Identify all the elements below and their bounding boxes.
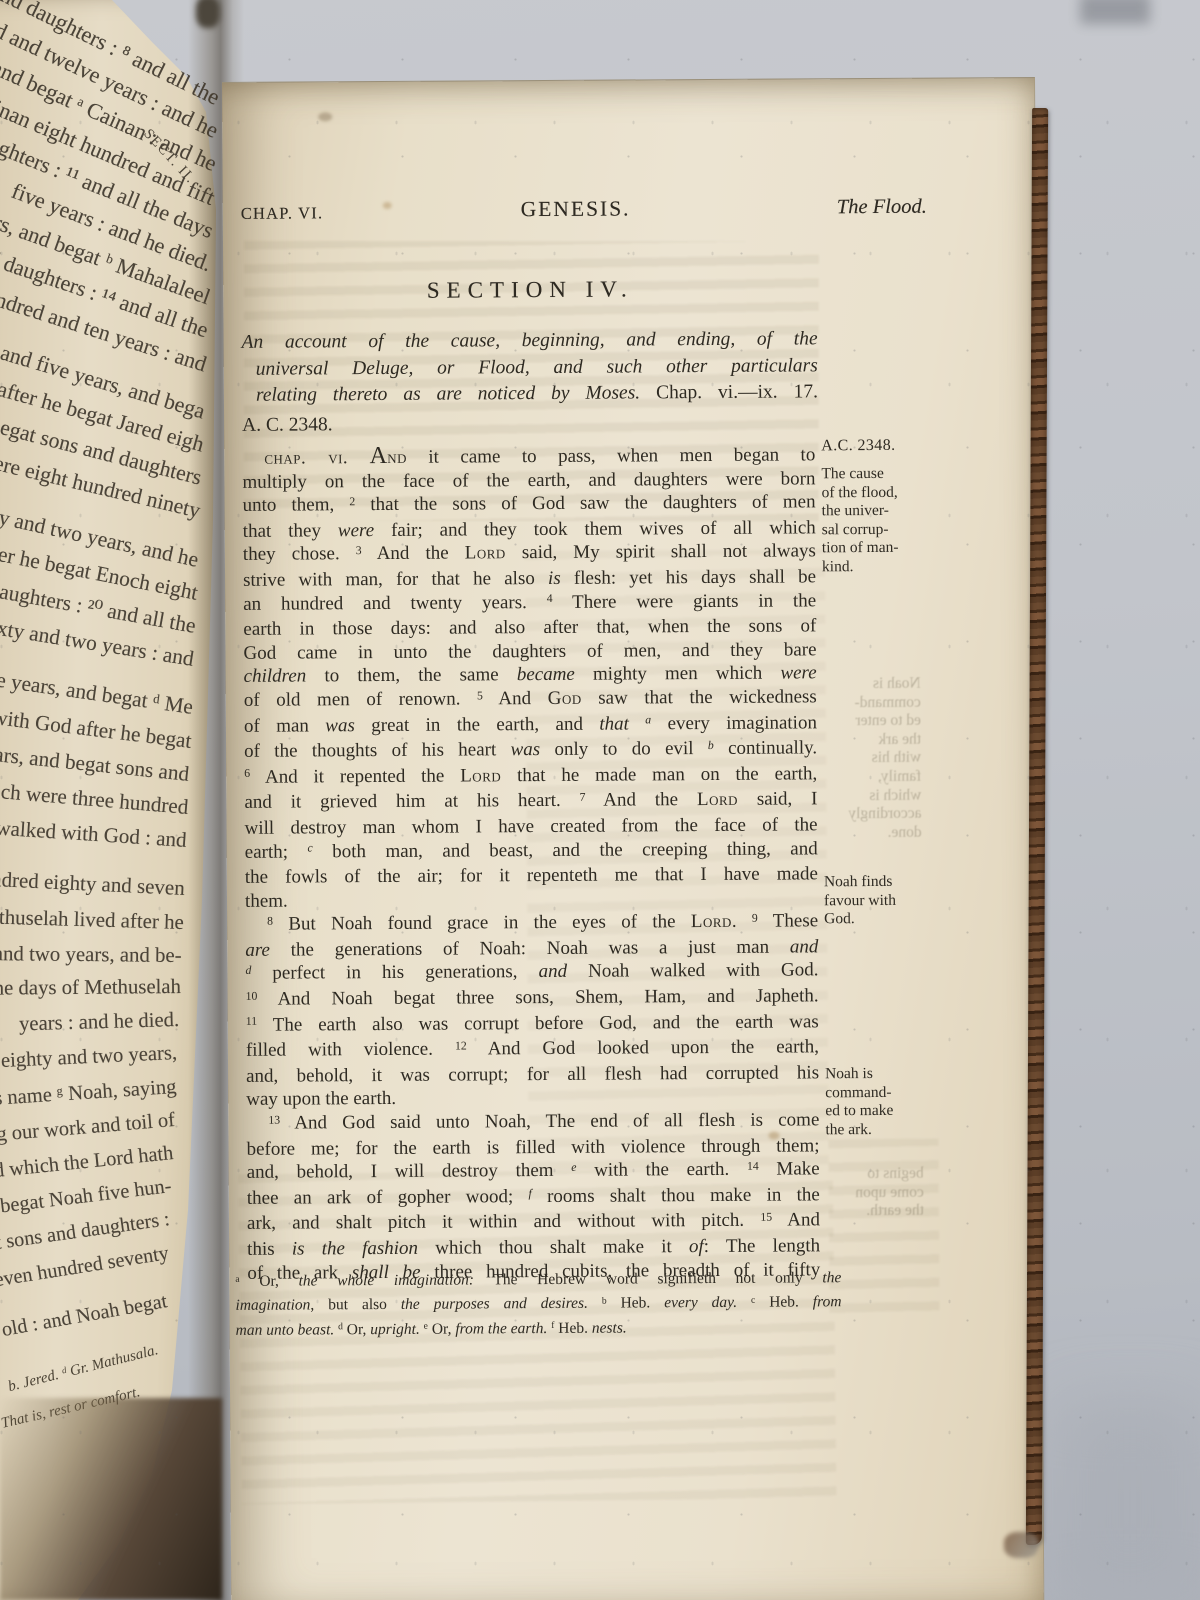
text-line: this is the fashion which thou shalt mak… [247, 1234, 820, 1261]
text-segment: nd [387, 447, 407, 468]
margin-note-line: Noah is [823, 675, 921, 694]
text-line: strive with man, for that he also is fle… [243, 565, 816, 592]
text-segment: 13 [268, 1113, 280, 1126]
text-line: way upon the earth. [246, 1085, 819, 1112]
margin-note-line: family, [823, 768, 921, 787]
text-segment: 15 [760, 1211, 772, 1224]
text-line: them. [245, 886, 818, 913]
text-segment: the whole imagination: [299, 1271, 475, 1289]
margin-note-line: Noah is [825, 1065, 923, 1084]
text-segment: the purposes and desires. [401, 1295, 588, 1313]
text-line: A. C. 2348. [242, 409, 818, 439]
text-segment: is [548, 568, 561, 589]
text-segment: were [338, 520, 374, 541]
text-segment: e [571, 1161, 576, 1174]
text-line: multiply on the face of the earth, and d… [242, 467, 815, 494]
text-line: imagination, but also the purposes and d… [235, 1292, 841, 1320]
text-segment: 12 [455, 1039, 467, 1052]
text-line: earth; c both man, and beast, and the cr… [245, 837, 818, 866]
text-segment: and [790, 936, 819, 957]
running-head-book-title: GENESIS. [521, 196, 631, 222]
text-line: of old men of renown. 5 And God saw that… [244, 685, 817, 714]
text-segment: God [548, 688, 582, 709]
text-segment: nests. [592, 1319, 627, 1336]
margin-note-line: A.C. 2348. [821, 437, 919, 456]
margin-note-showthrough: begins tocome uponthe earth. [826, 1165, 924, 1221]
text-line: 8 But Noah found grace in the eyes of th… [245, 910, 818, 939]
section-title: SECTION IV. [241, 275, 819, 305]
text-segment: c [751, 1295, 755, 1306]
text-segment: 3 [356, 544, 362, 557]
margin-note: Noah findsfavour withGod. [824, 873, 922, 929]
text-segment: c [307, 842, 312, 855]
page-fore-edge-corner [1004, 1532, 1038, 1558]
text-segment: a [235, 1274, 239, 1285]
text-segment: Lord [465, 543, 506, 564]
margin-note-showthrough: Noah iscommand-ed to enterthe arkwith hi… [823, 675, 922, 843]
text-line: that they were fair; and they took them … [243, 516, 816, 543]
text-segment: A. C. 2348. [242, 414, 333, 436]
text-segment: Lord [460, 765, 501, 786]
text-segment: b [602, 1296, 607, 1307]
text-line: children to them, the same became mighty… [244, 662, 817, 689]
text-line: 13 And God said unto Noah, The end of al… [246, 1108, 819, 1137]
left-page-text-line: years : and he died. [19, 1009, 180, 1036]
margin-note-line: accordingly [823, 805, 921, 824]
left-page-text-line: all the days of Methuselah [0, 976, 181, 1001]
text-segment: from the earth. [455, 1320, 547, 1338]
text-segment: upright. [370, 1320, 420, 1337]
margin-note-line: come upon [826, 1183, 924, 1202]
text-line: will destroy man whom I have created fro… [245, 813, 818, 840]
margin-note-line: favour with [824, 891, 922, 910]
text-line: God came in unto the daughters of men, a… [243, 638, 816, 665]
text-segment: 8 [267, 915, 273, 928]
text-line: thee an ark of gopher wood; f rooms shal… [247, 1183, 820, 1212]
text-segment: Lord [691, 911, 732, 932]
margin-note: Noah iscommand-ed to makethe ark. [825, 1065, 923, 1140]
text-segment: 11 [246, 1015, 257, 1028]
text-segment: that [599, 713, 629, 734]
margin-note-line: the ark [823, 730, 921, 749]
margin-note-line: The cause [821, 465, 919, 484]
body-text: chap. vi. And it came to pass, when men … [242, 441, 820, 1285]
text-line: 11 The earth also was corrupt before God… [246, 1010, 819, 1039]
book-photo: ons and daughters : ⁸ and all thendred a… [0, 0, 1200, 1600]
footnotes: a Or, the whole imagination: The Hebrew … [235, 1267, 841, 1344]
margin-note-line: kind. [822, 558, 920, 577]
text-line: An account of the cause, beginning, and … [242, 326, 818, 356]
text-line: earth in those days: and also after that… [243, 615, 816, 642]
text-segment: b [708, 739, 714, 752]
text-line: man unto beast. d Or, upright. e Or, fro… [236, 1316, 842, 1344]
margin-note: The causeof the flood,the univer-sal cor… [821, 465, 920, 577]
text-segment: Chap. vi.—ix. 17. [656, 381, 818, 403]
margin-note-line: ed to enter [823, 712, 921, 731]
text-line: are the generations of Noah: Noah was a … [245, 935, 818, 962]
text-line: and, behold, I will destroy them e with … [247, 1158, 820, 1187]
text-segment: 14 [747, 1160, 759, 1173]
text-line: an hundred and twenty years. 4 There wer… [243, 589, 816, 618]
text-segment: 4 [547, 592, 553, 605]
text-segment: 5 [477, 689, 483, 702]
text-segment: became [517, 664, 575, 685]
text-line: ark, and shalt pitch it within and witho… [247, 1209, 820, 1238]
text-segment: f [528, 1187, 531, 1200]
text-line: and, behold, it was corrupt; for all fle… [246, 1061, 819, 1088]
margin-note-line: the earth. [826, 1202, 924, 1221]
text-segment: d [338, 1322, 343, 1333]
text-segment: 10 [246, 990, 258, 1003]
gutter-top-shadow [196, 0, 220, 28]
text-line: unto them, 2 that the sons of God saw th… [243, 491, 816, 520]
text-segment: d [245, 964, 251, 977]
text-segment: was [511, 739, 541, 760]
margin-note-line: the univer- [822, 502, 920, 521]
text-segment: man unto beast. [236, 1321, 335, 1339]
margin-note-line: Noah finds [824, 873, 922, 892]
text-segment: f [551, 1320, 554, 1331]
text-line: universal Deluge, or Flood, and such oth… [242, 353, 818, 383]
margin-note-line: of the flood, [821, 483, 919, 502]
margin-notes-column: A.C. 2348.The causeof the flood,the univ… [819, 79, 928, 1600]
margin-note-line: with his [823, 749, 921, 768]
text-line: of the thoughts of his heart was only to… [244, 736, 817, 765]
text-segment: and [538, 961, 567, 982]
section-summary: An account of the cause, beginning, and … [242, 326, 819, 439]
text-segment: 6 [244, 767, 250, 780]
margin-note: A.C. 2348. [821, 437, 919, 456]
text-line: and it grieved him at his heart. 7 And t… [244, 788, 817, 817]
margin-note-line: tion of man- [822, 539, 920, 558]
margin-note-line: God. [824, 910, 922, 929]
backdrop-smudge [1060, 1400, 1200, 1600]
text-segment: a [645, 714, 651, 727]
right-page: CHAP. VI. GENESIS. The Flood. SECTION IV… [222, 77, 1044, 1600]
running-head-chapter: CHAP. VI. [241, 203, 324, 224]
running-head: CHAP. VI. GENESIS. The Flood. [241, 195, 915, 227]
text-line: 6 And it repented the Lord that he made … [244, 762, 817, 791]
text-segment: every day. [664, 1294, 737, 1311]
text-segment: imagination [235, 1297, 310, 1314]
left-page-text-line: hty and two years, and be- [0, 941, 182, 968]
text-segment: is the fashion [292, 1238, 418, 1260]
text-segment: 2 [349, 495, 355, 508]
margin-note-line: command- [825, 1083, 923, 1102]
text-segment: chap. vi. [264, 447, 348, 469]
text-segment: was [325, 715, 355, 736]
text-line: before me; for the earth is filled with … [246, 1134, 819, 1161]
margin-note-line: command- [823, 693, 921, 712]
text-line: filled with violence. 12 And God looked … [246, 1036, 819, 1065]
foxing-spot [318, 112, 332, 121]
text-segment: of [689, 1236, 704, 1257]
margin-note-line: which is [823, 786, 921, 805]
text-line: they chose. 3 And the Lord said, My spir… [243, 540, 816, 569]
margin-note-line: the ark. [825, 1120, 923, 1139]
margin-note-line: sal corrup- [822, 520, 920, 539]
text-line: 10 And Noah begat three sons, Shem, Ham,… [246, 984, 819, 1013]
backdrop-smudge [1080, 0, 1150, 24]
text-segment: e [424, 1321, 428, 1332]
text-line: the fowls of the air; for it repenteth m… [245, 862, 818, 889]
margin-note-line: begins to [826, 1165, 924, 1184]
text-segment: are [245, 940, 270, 961]
text-segment: 7 [580, 791, 586, 804]
margin-note-line: ed to make [825, 1102, 923, 1121]
text-line: relating thereto as are noticed by Moses… [242, 379, 818, 409]
text-line: chap. vi. And it came to pass, when men … [242, 441, 815, 470]
text-segment: children [244, 666, 307, 687]
text-segment: were [780, 663, 816, 684]
margin-note-line: done. [824, 823, 922, 842]
text-line: d perfect in his generations, and Noah w… [245, 959, 818, 988]
text-segment: Lord [697, 789, 738, 810]
text-line: of man was great in the earth, and that … [244, 711, 817, 740]
text-segment: A [369, 442, 387, 469]
text-segment: 9 [752, 912, 758, 925]
text-line: a Or, the whole imagination: The Hebrew … [235, 1267, 841, 1295]
